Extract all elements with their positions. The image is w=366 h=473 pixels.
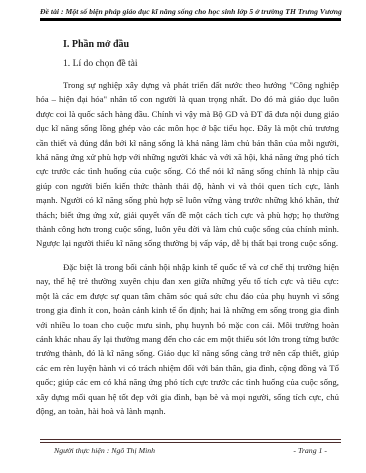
- footer-page-number: - Trang 1 -: [293, 446, 327, 455]
- header-title: Đề tài : Một số biện pháp giáo dục kĩ nă…: [40, 7, 341, 16]
- document-body: I. Phần mở đầu 1. Lí do chọn đề tài Tron…: [36, 33, 339, 431]
- subsection-heading: 1. Lí do chọn đề tài: [63, 58, 339, 69]
- header-rule: [40, 18, 341, 21]
- page-header: Đề tài : Một số biện pháp giáo dục kĩ nă…: [40, 7, 341, 21]
- section-heading: I. Phần mở đầu: [63, 39, 339, 50]
- footer-row: Người thực hiện : Ngô Thị Minh - Trang 1…: [40, 446, 341, 455]
- footer-rule: [40, 439, 341, 443]
- page-footer: Người thực hiện : Ngô Thị Minh - Trang 1…: [40, 437, 341, 455]
- footer-author: Người thực hiện : Ngô Thị Minh: [54, 446, 155, 455]
- paragraph-1: Trong sự nghiệp xây dựng và phát triển đ…: [36, 78, 339, 251]
- document-page: Đề tài : Một số biện pháp giáo dục kĩ nă…: [0, 0, 366, 473]
- paragraph-2: Đặc biệt là trong bối cảnh hội nhập kinh…: [36, 260, 339, 418]
